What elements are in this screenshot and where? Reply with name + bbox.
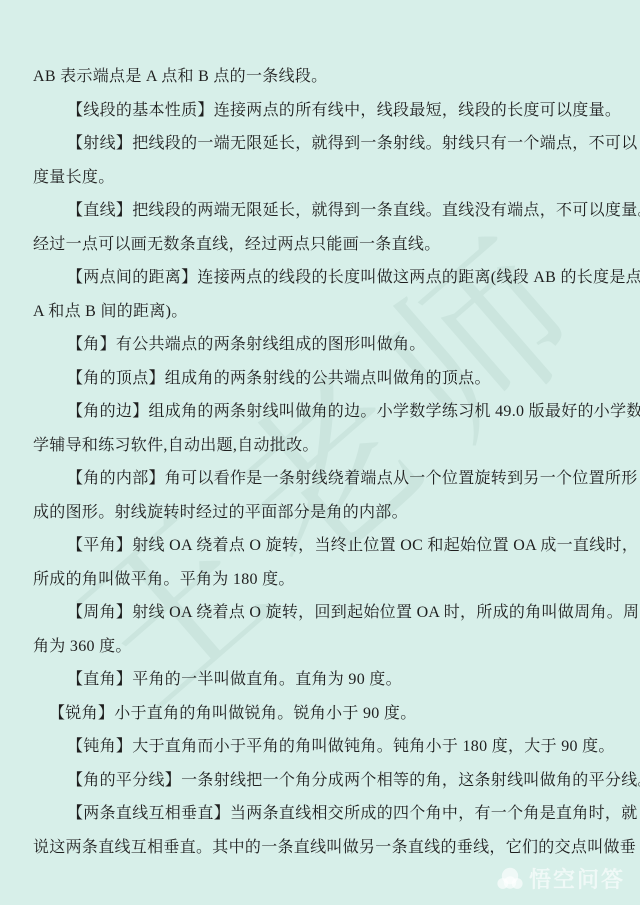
text-line: 【角】有公共端点的两条射线组成的图形叫做角。: [33, 328, 620, 362]
text-line: 【钝角】大于直角而小于平角的角叫做钝角。钝角小于 180 度，大于 90 度。: [33, 730, 620, 764]
text-line: 说这两条直线互相垂直。其中的一条直线叫做另一条直线的垂线，它们的交点叫做垂: [33, 831, 620, 865]
text-line: 度量长度。: [33, 161, 620, 195]
text-line: 【锐角】小于直角的角叫做锐角。锐角小于 90 度。: [33, 697, 620, 731]
text-line: 【直角】平角的一半叫做直角。直角为 90 度。: [33, 663, 620, 697]
text-line: 【两点间的距离】连接两点的线段的长度叫做这两点的距离(线段 AB 的长度是点: [33, 261, 620, 295]
text-line: 成的图形。射线旋转时经过的平面部分是角的内部。: [33, 496, 620, 530]
text-line: 【角的平分线】一条射线把一个角分成两个相等的角，这条射线叫做角的平分线。: [33, 764, 620, 798]
page: 王老师 AB 表示端点是 A 点和 B 点的一条线段。 【线段的基本性质】连接两…: [0, 0, 640, 905]
brand-watermark: 悟空问答: [497, 863, 625, 894]
text-line: 【射线】把线段的一端无限延长，就得到一条射线。射线只有一个端点，不可以: [33, 127, 620, 161]
text-line: A 和点 B 间的距离)。: [33, 295, 620, 329]
text-line: 【平角】射线 OA 绕着点 O 旋转，当终止位置 OC 和起始位置 OA 成一直…: [33, 529, 620, 563]
text-line: 【周角】射线 OA 绕着点 O 旋转，回到起始位置 OA 时，所成的角叫做周角。…: [33, 596, 620, 630]
text-line: 【直线】把线段的两端无限延长，就得到一条直线。直线没有端点，不可以度量。: [33, 194, 620, 228]
text-line: 学辅导和练习软件,自动出题,自动批改。: [33, 429, 620, 463]
text-line: AB 表示端点是 A 点和 B 点的一条线段。: [33, 60, 620, 94]
text-line: 角为 360 度。: [33, 630, 620, 664]
text-line: 【角的顶点】组成角的两条射线的公共端点叫做角的顶点。: [33, 362, 620, 396]
text-line: 【线段的基本性质】连接两点的所有线中，线段最短，线段的长度可以度量。: [33, 94, 620, 128]
text-line: 所成的角叫做平角。平角为 180 度。: [33, 563, 620, 597]
text-line: 经过一点可以画无数条直线，经过两点只能画一条直线。: [33, 228, 620, 262]
text-line: 【角的内部】角可以看作是一条射线绕着端点从一个位置旋转到另一个位置所形: [33, 462, 620, 496]
document-body: AB 表示端点是 A 点和 B 点的一条线段。 【线段的基本性质】连接两点的所有…: [33, 60, 620, 864]
brand-name: 悟空问答: [529, 863, 625, 894]
monkey-icon: [497, 866, 523, 892]
text-line: 【两条直线互相垂直】当两条直线相交所成的四个角中，有一个角是直角时，就: [33, 797, 620, 831]
text-line: 【角的边】组成角的两条射线叫做角的边。小学数学练习机 49.0 版最好的小学数: [33, 395, 620, 429]
